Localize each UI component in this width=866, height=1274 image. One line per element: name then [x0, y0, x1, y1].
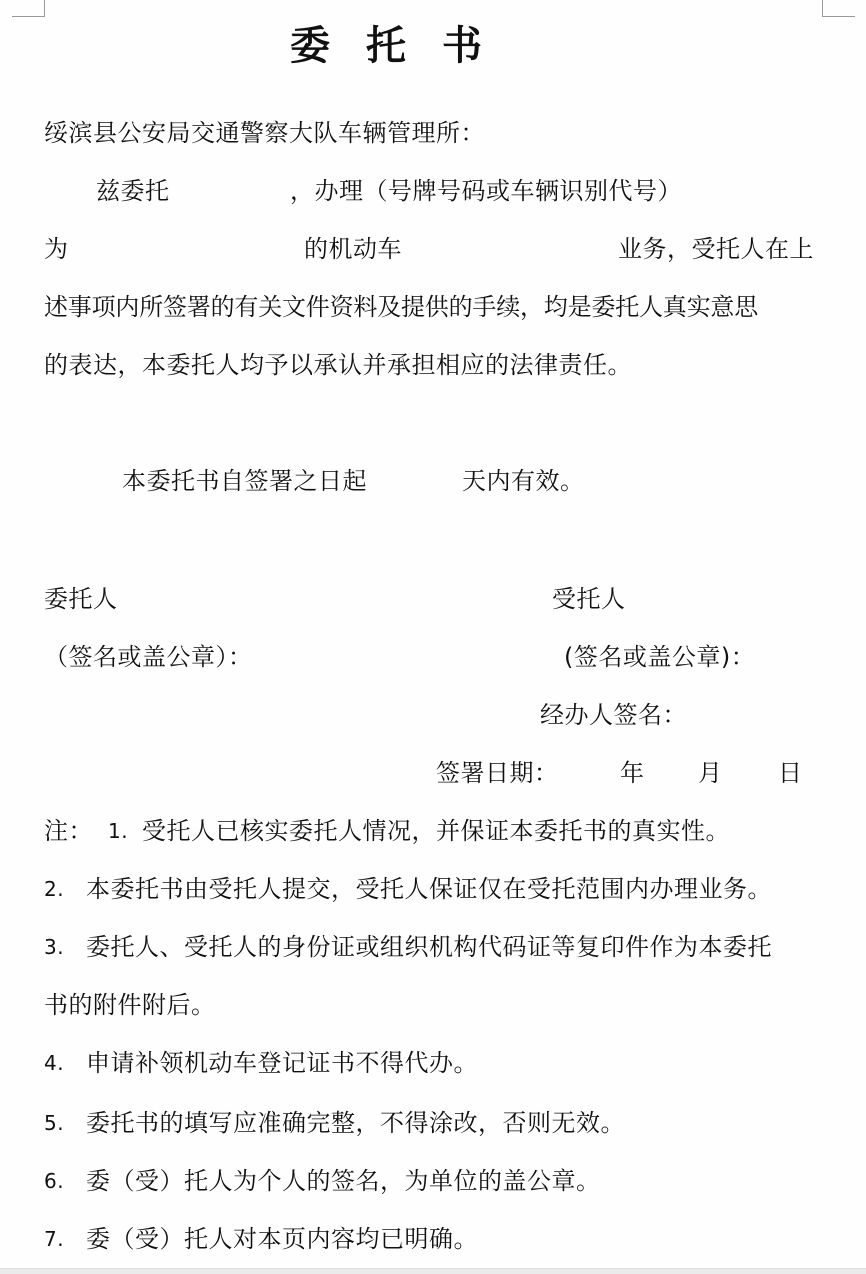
validity-suffix: 天内有效。 [462, 466, 585, 496]
agent-signature-field: (签名或盖公章)： [564, 642, 755, 672]
note-number: 7. [44, 1224, 64, 1254]
date-label: 签署日期： [436, 758, 559, 788]
note-text: 申请补领机动车登记证书不得代办。 [86, 1048, 478, 1078]
addressee: 绥滨县公安局交通警察大队车辆管理所： [44, 118, 485, 148]
principal-signature-field: （签名或盖公章）： [44, 642, 253, 672]
entrust-suffix: ，办理（号牌号码或车辆识别代号） [290, 176, 682, 206]
note-text: 委托书的填写应准确完整，不得涂改，否则无效。 [86, 1108, 625, 1138]
note-number: 5. [44, 1108, 64, 1138]
body-line2-b: 的机动车 [304, 234, 402, 264]
date-year: 年 [620, 758, 645, 788]
body-line2-c: 业务，受托人在上 [618, 234, 814, 264]
principal-label: 委托人 [44, 584, 118, 614]
note-text: 委（受）托人为个人的签名，为单位的盖公章。 [86, 1166, 601, 1196]
crop-mark-top-left [12, 0, 45, 17]
page-bottom-edge [0, 1268, 866, 1274]
handler-signature-field: 经办人签名： [540, 700, 687, 730]
body-line2-a: 为 [44, 234, 69, 264]
notes-label: 注： [44, 816, 93, 846]
note-text: 受托人已核实委托人情况，并保证本委托书的真实性。 [142, 816, 730, 846]
agent-label: 受托人 [552, 584, 626, 614]
note-text: 本委托书由受托人提交，受托人保证仅在受托范围内办理业务。 [86, 874, 772, 904]
crop-mark-top-right [822, 0, 855, 17]
note-number: 3. [44, 932, 64, 962]
note-number: 6. [44, 1166, 64, 1196]
date-month: 月 [698, 758, 723, 788]
document-title: 委托书 [290, 22, 518, 70]
note-text: 委托人、受托人的身份证或组织机构代码证等复印件作为本委托 [86, 932, 772, 962]
note-text: 委（受）托人对本页内容均已明确。 [86, 1224, 478, 1254]
body-line4: 的表达，本委托人均予以承认并承担相应的法律责任。 [44, 350, 632, 380]
note-number: 1. [108, 816, 128, 846]
entrust-prefix: 兹委托 [96, 176, 170, 206]
note-text-continuation: 书的附件附后。 [44, 990, 216, 1020]
note-number: 2. [44, 874, 64, 904]
date-day: 日 [778, 758, 803, 788]
body-line3: 述事项内所签署的有关文件资料及提供的手续，均是委托人真实意思 [44, 292, 758, 322]
note-number: 4. [44, 1048, 64, 1078]
validity-prefix: 本委托书自签署之日起 [122, 466, 367, 496]
